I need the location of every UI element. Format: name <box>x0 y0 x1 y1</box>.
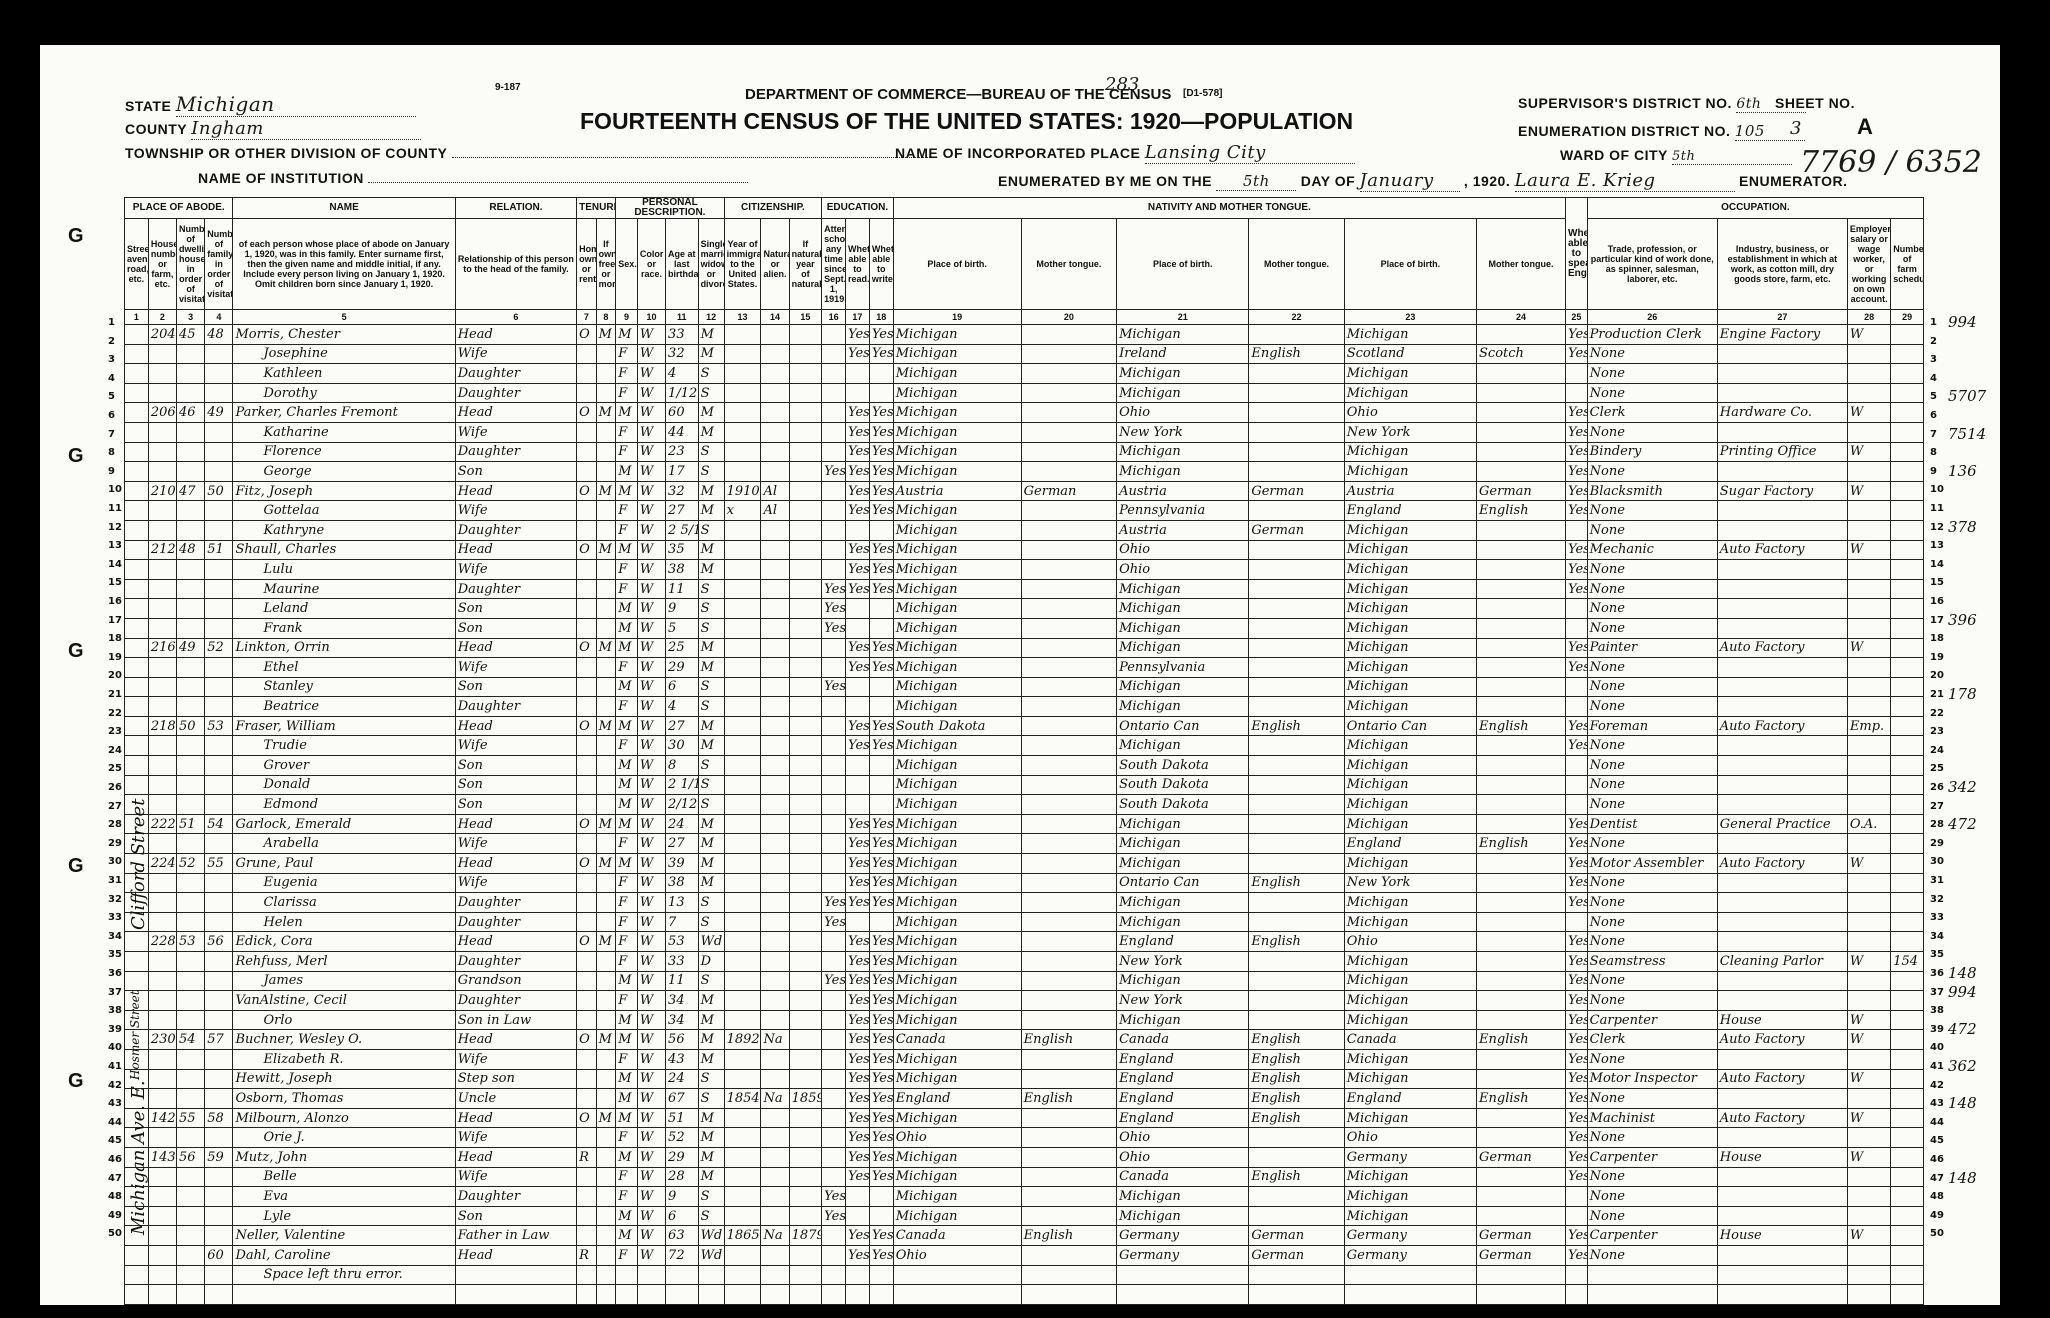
cell-trade: None <box>1587 462 1717 482</box>
cell-house <box>148 1206 176 1226</box>
cell-write: Yes <box>869 422 893 442</box>
cell-house <box>148 1128 176 1148</box>
cell-family: 53 <box>205 716 233 736</box>
scan-border <box>2000 0 2050 1318</box>
cell-trade: None <box>1587 520 1717 540</box>
cell-mmt <box>1477 540 1566 560</box>
line-number-left: 37 <box>108 987 122 998</box>
cell-street <box>125 325 149 345</box>
line-number-left: 35 <box>108 949 122 960</box>
cell-age: 53 <box>666 932 699 952</box>
cell-age: 23 <box>666 442 699 462</box>
cell-age: 34 <box>666 991 699 1011</box>
cell-family <box>205 560 233 580</box>
cell-mt <box>1021 1128 1116 1148</box>
ward-field: WARD OF CITY 5th <box>1560 147 1792 165</box>
cell-mt <box>1021 912 1116 932</box>
cell-farm <box>1891 854 1924 874</box>
column-number: 20 <box>1021 310 1116 325</box>
cell-age: 11 <box>666 971 699 991</box>
cell-write: Yes <box>869 1128 893 1148</box>
line-number-left: 5 <box>108 391 115 402</box>
cell-mt <box>1021 932 1116 952</box>
table-row: EvaDaughterFW9SYesMichiganMichiganMichig… <box>125 1187 1924 1207</box>
cell-trade: None <box>1587 1089 1717 1109</box>
cell-natyr <box>789 716 822 736</box>
cell-eng: Yes <box>1566 325 1588 345</box>
cell-mpob: Michigan <box>1344 971 1476 991</box>
cell-natyr <box>789 1265 822 1285</box>
cell-mpob: Michigan <box>1344 462 1476 482</box>
cell-write <box>869 618 893 638</box>
cell-industry <box>1717 991 1847 1011</box>
cell-nat <box>761 1049 789 1069</box>
cell-nat <box>761 599 789 619</box>
cell-family <box>205 462 233 482</box>
cell-street <box>125 971 149 991</box>
cell-trade: Bindery <box>1587 442 1717 462</box>
line-number-right: 32 <box>1930 894 1944 905</box>
cell-mmt <box>1477 1010 1566 1030</box>
cell-house <box>148 560 176 580</box>
cell-race: W <box>637 677 665 697</box>
cell-school <box>822 834 846 854</box>
cell-eng <box>1566 364 1588 384</box>
cell-farm <box>1891 540 1924 560</box>
header-mother-tongue: Mother tongue. <box>1477 219 1566 310</box>
cell-natyr <box>789 814 822 834</box>
cell-name: James <box>233 971 455 991</box>
cell-school <box>822 1147 846 1167</box>
occupation-code-note: 7514 <box>1948 425 1986 443</box>
cell-fmt <box>1249 462 1344 482</box>
cell-house: 228 <box>148 932 176 952</box>
census-table: PLACE OF ABODE. NAME RELATION. TENURE. P… <box>124 197 1924 1305</box>
cell-family <box>205 501 233 521</box>
cell-name: Hewitt, Joseph <box>233 1069 455 1089</box>
cell-write: Yes <box>869 1069 893 1089</box>
cell-street <box>125 501 149 521</box>
cell-emp <box>1847 834 1890 854</box>
cell-school: Yes <box>822 1206 846 1226</box>
cell-eng: Yes <box>1566 1069 1588 1089</box>
table-row: ArabellaWifeFW27MYesYesMichiganMichiganE… <box>125 834 1924 854</box>
cell-natyr <box>789 854 822 874</box>
cell-dwelling <box>177 1245 205 1265</box>
cell-mmt <box>1477 1265 1566 1285</box>
cell-relation: Daughter <box>455 991 576 1011</box>
cell-emp <box>1847 912 1890 932</box>
cell-read: Yes <box>846 1128 870 1148</box>
cell-relation: Head <box>455 932 576 952</box>
cell-emp <box>1847 756 1890 776</box>
cell-nat <box>761 1265 789 1285</box>
cell-nat: Al <box>761 501 789 521</box>
cell-mt <box>1021 1187 1116 1207</box>
cell-write: Yes <box>869 325 893 345</box>
cell-farm <box>1891 991 1924 1011</box>
cell-home: O <box>577 638 597 658</box>
cell-relation: Son in Law <box>455 1010 576 1030</box>
cell-relation <box>455 1285 576 1305</box>
cell-name: Edick, Cora <box>233 932 455 952</box>
cell-mt <box>1021 893 1116 913</box>
cell-house <box>148 991 176 1011</box>
column-number: 26 <box>1587 310 1717 325</box>
cell-natyr <box>789 1167 822 1187</box>
cell-mpob: Michigan <box>1344 952 1476 972</box>
cell-mt: English <box>1021 1030 1116 1050</box>
header-race: Color or race. <box>637 219 665 310</box>
cell-mmt: German <box>1477 1245 1566 1265</box>
cell-imm <box>724 540 761 560</box>
cell-write: Yes <box>869 991 893 1011</box>
cell-trade <box>1587 1285 1717 1305</box>
cell-relation: Daughter <box>455 893 576 913</box>
institution-label: NAME OF INSTITUTION <box>198 170 364 186</box>
cell-nat <box>761 1245 789 1265</box>
cell-mort <box>596 834 616 854</box>
cell-mt <box>1021 325 1116 345</box>
cell-dwelling <box>177 1167 205 1187</box>
cell-eng: Yes <box>1566 1147 1588 1167</box>
cell-emp: W <box>1847 952 1890 972</box>
cell-marital: M <box>698 325 724 345</box>
cell-mpob: Michigan <box>1344 736 1476 756</box>
enumerated-day: 5th <box>1216 172 1296 191</box>
cell-dwelling <box>177 991 205 1011</box>
cell-read <box>846 599 870 619</box>
cell-family <box>205 1226 233 1246</box>
cell-street <box>125 481 149 501</box>
cell-relation: Wife <box>455 873 576 893</box>
cell-farm <box>1891 501 1924 521</box>
cell-home <box>577 1089 597 1109</box>
cell-school <box>822 481 846 501</box>
cell-farm <box>1891 756 1924 776</box>
cell-dwelling <box>177 344 205 364</box>
cell-nat <box>761 462 789 482</box>
cell-eng: Yes <box>1566 560 1588 580</box>
cell-imm <box>724 1049 761 1069</box>
cell-trade: Motor Inspector <box>1587 1069 1717 1089</box>
cell-race: W <box>637 383 665 403</box>
cell-eng: Yes <box>1566 1245 1588 1265</box>
cell-read: Yes <box>846 1226 870 1246</box>
cell-industry: Printing Office <box>1717 442 1847 462</box>
cell-dwelling <box>177 618 205 638</box>
cell-mmt <box>1477 932 1566 952</box>
cell-farm <box>1891 462 1924 482</box>
table-row: ClarissaDaughterFW13SYesYesYesMichiganMi… <box>125 893 1924 913</box>
cell-age: 2/12 <box>666 795 699 815</box>
cell-trade: Carpenter <box>1587 1226 1717 1246</box>
cell-farm <box>1891 579 1924 599</box>
cell-dwelling: 54 <box>177 1030 205 1050</box>
cell-family <box>205 873 233 893</box>
header-occupation: OCCUPATION. <box>1587 198 1923 219</box>
header-relation-desc: Relationship of this person to the head … <box>455 219 576 310</box>
cell-relation: Wife <box>455 1049 576 1069</box>
cell-mort <box>596 1069 616 1089</box>
cell-school <box>822 814 846 834</box>
cell-natyr <box>789 403 822 423</box>
cell-home: O <box>577 540 597 560</box>
cell-sex: M <box>616 716 638 736</box>
cell-nat <box>761 1285 789 1305</box>
cell-mpob: Ontario Can <box>1344 716 1476 736</box>
cell-marital: S <box>698 1069 724 1089</box>
cell-trade: None <box>1587 422 1717 442</box>
cell-write <box>869 795 893 815</box>
cell-home: O <box>577 932 597 952</box>
line-number-left: 33 <box>108 912 122 923</box>
cell-school <box>822 854 846 874</box>
cell-mpob: Michigan <box>1344 697 1476 717</box>
cell-mpob: Michigan <box>1344 677 1476 697</box>
table-row: KathryneDaughterFW2 5/12SMichiganAustria… <box>125 520 1924 540</box>
street-note-clifford: Clifford Street <box>128 799 149 930</box>
cell-relation: Daughter <box>455 1187 576 1207</box>
cell-read: Yes <box>846 932 870 952</box>
header-marital: Single, married, widowed, or divorced. <box>698 219 724 310</box>
cell-trade: None <box>1587 1128 1717 1148</box>
cell-imm <box>724 1128 761 1148</box>
cell-read: Yes <box>846 481 870 501</box>
cell-house <box>148 383 176 403</box>
cell-home <box>577 775 597 795</box>
cell-emp <box>1847 736 1890 756</box>
cell-read: Yes <box>846 971 870 991</box>
line-number-right: 48 <box>1930 1191 1944 1202</box>
cell-pob: Canada <box>893 1030 1021 1050</box>
cell-house <box>148 952 176 972</box>
cell-mmt <box>1477 1187 1566 1207</box>
cell-school <box>822 1128 846 1148</box>
table-row: DorothyDaughterFW1/12SMichiganMichiganMi… <box>125 383 1924 403</box>
cell-school <box>822 520 846 540</box>
cell-industry <box>1717 599 1847 619</box>
cell-dwelling <box>177 873 205 893</box>
cell-marital: S <box>698 1089 724 1109</box>
cell-family: 55 <box>205 854 233 874</box>
table-row: GeorgeSonMW17SYesYesYesMichiganMichiganM… <box>125 462 1924 482</box>
cell-pob: Michigan <box>893 599 1021 619</box>
cell-fmt <box>1249 1128 1344 1148</box>
cell-industry <box>1717 618 1847 638</box>
cell-trade: Foreman <box>1587 716 1717 736</box>
enumerated-date-field: ENUMERATED BY ME ON THE 5th DAY OF Janua… <box>998 170 1847 192</box>
cell-home <box>577 462 597 482</box>
cell-home <box>577 1049 597 1069</box>
cell-fpob <box>1117 1285 1249 1305</box>
cell-eng: Yes <box>1566 658 1588 678</box>
line-number-right: 42 <box>1930 1080 1944 1091</box>
cell-eng <box>1566 520 1588 540</box>
cell-imm <box>724 1245 761 1265</box>
cell-imm: 1854 <box>724 1089 761 1109</box>
line-number-left: 17 <box>108 615 122 626</box>
cell-pob: Michigan <box>893 697 1021 717</box>
occupation-code-note: 472 <box>1948 815 1977 833</box>
cell-emp: W <box>1847 540 1890 560</box>
header-relation: RELATION. <box>455 198 576 219</box>
column-number: 7 <box>577 310 597 325</box>
cell-pob: Michigan <box>893 422 1021 442</box>
cell-emp <box>1847 579 1890 599</box>
cell-name: Shaull, Charles <box>233 540 455 560</box>
line-number-right: 21 <box>1930 689 1944 700</box>
cell-age: 39 <box>666 854 699 874</box>
cell-eng <box>1566 1285 1588 1305</box>
cell-pob <box>893 1285 1021 1305</box>
cell-read: Yes <box>846 1167 870 1187</box>
cell-mt <box>1021 383 1116 403</box>
cell-mpob: Michigan <box>1344 814 1476 834</box>
cell-mt <box>1021 1206 1116 1226</box>
cell-write: Yes <box>869 481 893 501</box>
cell-name: Grover <box>233 756 455 776</box>
cell-house <box>148 834 176 854</box>
cell-fmt <box>1249 403 1344 423</box>
cell-mt <box>1021 462 1116 482</box>
cell-imm <box>724 560 761 580</box>
cell-farm <box>1891 403 1924 423</box>
cell-imm: 1892 <box>724 1030 761 1050</box>
line-number-left: 13 <box>108 540 122 551</box>
cell-family <box>205 1049 233 1069</box>
cell-name: Katharine <box>233 422 455 442</box>
cell-imm <box>724 1108 761 1128</box>
cell-mmt <box>1477 814 1566 834</box>
cell-house <box>148 658 176 678</box>
cell-mort <box>596 1206 616 1226</box>
cell-fmt <box>1249 971 1344 991</box>
cell-eng: Yes <box>1566 501 1588 521</box>
cell-eng: Yes <box>1566 344 1588 364</box>
cell-read: Yes <box>846 952 870 972</box>
cell-trade: Carpenter <box>1587 1147 1717 1167</box>
cell-farm <box>1891 1226 1924 1246</box>
cell-fmt <box>1249 1187 1344 1207</box>
cell-family: 58 <box>205 1108 233 1128</box>
cell-natyr <box>789 618 822 638</box>
cell-emp <box>1847 1187 1890 1207</box>
cell-mt: English <box>1021 1226 1116 1246</box>
cell-natyr <box>789 952 822 972</box>
cell-fmt <box>1249 912 1344 932</box>
column-number: 22 <box>1249 310 1344 325</box>
cell-write <box>869 775 893 795</box>
supervisor-label: SUPERVISOR'S DISTRICT NO. <box>1518 95 1732 111</box>
cell-marital: M <box>698 991 724 1011</box>
table-row: 2124851Shaull, CharlesHeadOMMW35MYesYesM… <box>125 540 1924 560</box>
cell-fpob: Germany <box>1117 1226 1249 1246</box>
line-number-left: 20 <box>108 670 122 681</box>
cell-natyr <box>789 1147 822 1167</box>
cell-pob: Michigan <box>893 520 1021 540</box>
cell-home: R <box>577 1245 597 1265</box>
table-row: 2164952Linkton, OrrinHeadOMMW25MYesYesMi… <box>125 638 1924 658</box>
cell-street <box>125 442 149 462</box>
cell-marital: M <box>698 873 724 893</box>
cell-pob: Ohio <box>893 1245 1021 1265</box>
cell-imm <box>724 873 761 893</box>
cell-house <box>148 775 176 795</box>
cell-read: Yes <box>846 560 870 580</box>
cell-race: W <box>637 991 665 1011</box>
cell-race: W <box>637 1147 665 1167</box>
table-row: Rehfuss, MerlDaughterFW33DYesYesMichigan… <box>125 952 1924 972</box>
header-citizenship: CITIZENSHIP. <box>724 198 822 219</box>
cell-imm <box>724 618 761 638</box>
cell-family <box>205 677 233 697</box>
cell-family <box>205 1128 233 1148</box>
cell-fmt: English <box>1249 716 1344 736</box>
line-number-right: 31 <box>1930 875 1944 886</box>
cell-street <box>125 403 149 423</box>
cell-name: Maurine <box>233 579 455 599</box>
cell-industry <box>1717 501 1847 521</box>
header-name: NAME <box>233 198 455 219</box>
cell-family <box>205 991 233 1011</box>
cell-name: Grune, Paul <box>233 854 455 874</box>
cell-street <box>125 520 149 540</box>
year-label: , 1920. <box>1464 173 1510 189</box>
column-number: 11 <box>666 310 699 325</box>
cell-relation: Wife <box>455 658 576 678</box>
cell-read: Yes <box>846 501 870 521</box>
column-number: 6 <box>455 310 576 325</box>
cell-race: W <box>637 599 665 619</box>
cell-industry <box>1717 364 1847 384</box>
cell-relation: Head <box>455 1245 576 1265</box>
cell-fmt: German <box>1249 481 1344 501</box>
cell-farm <box>1891 814 1924 834</box>
incorporated-label: NAME OF INCORPORATED PLACE <box>895 145 1140 161</box>
cell-imm: 1910 <box>724 481 761 501</box>
cell-industry <box>1717 873 1847 893</box>
cell-trade: Clerk <box>1587 403 1717 423</box>
cell-nat <box>761 756 789 776</box>
cell-industry <box>1717 912 1847 932</box>
cell-mpob: Michigan <box>1344 893 1476 913</box>
cell-dwelling <box>177 834 205 854</box>
cell-nat <box>761 932 789 952</box>
line-number-right: 37 <box>1930 987 1944 998</box>
cell-mort <box>596 1010 616 1030</box>
table-row: HelenDaughterFW7SYesMichiganMichiganMich… <box>125 912 1924 932</box>
cell-age: 27 <box>666 834 699 854</box>
cell-farm <box>1891 618 1924 638</box>
cell-mort <box>596 697 616 717</box>
cell-sex: M <box>616 1069 638 1089</box>
cell-marital: M <box>698 1128 724 1148</box>
cell-fmt: German <box>1249 1226 1344 1246</box>
binding-hole-icon: G <box>68 855 84 878</box>
cell-school <box>822 1245 846 1265</box>
cell-pob: Michigan <box>893 912 1021 932</box>
cell-mort <box>596 560 616 580</box>
cell-sex: F <box>616 1049 638 1069</box>
cell-street <box>125 540 149 560</box>
cell-relation: Son <box>455 618 576 638</box>
cell-natyr <box>789 344 822 364</box>
cell-marital: S <box>698 520 724 540</box>
cell-eng: Yes <box>1566 854 1588 874</box>
cell-house <box>148 1010 176 1030</box>
cell-mpob: Michigan <box>1344 1108 1476 1128</box>
